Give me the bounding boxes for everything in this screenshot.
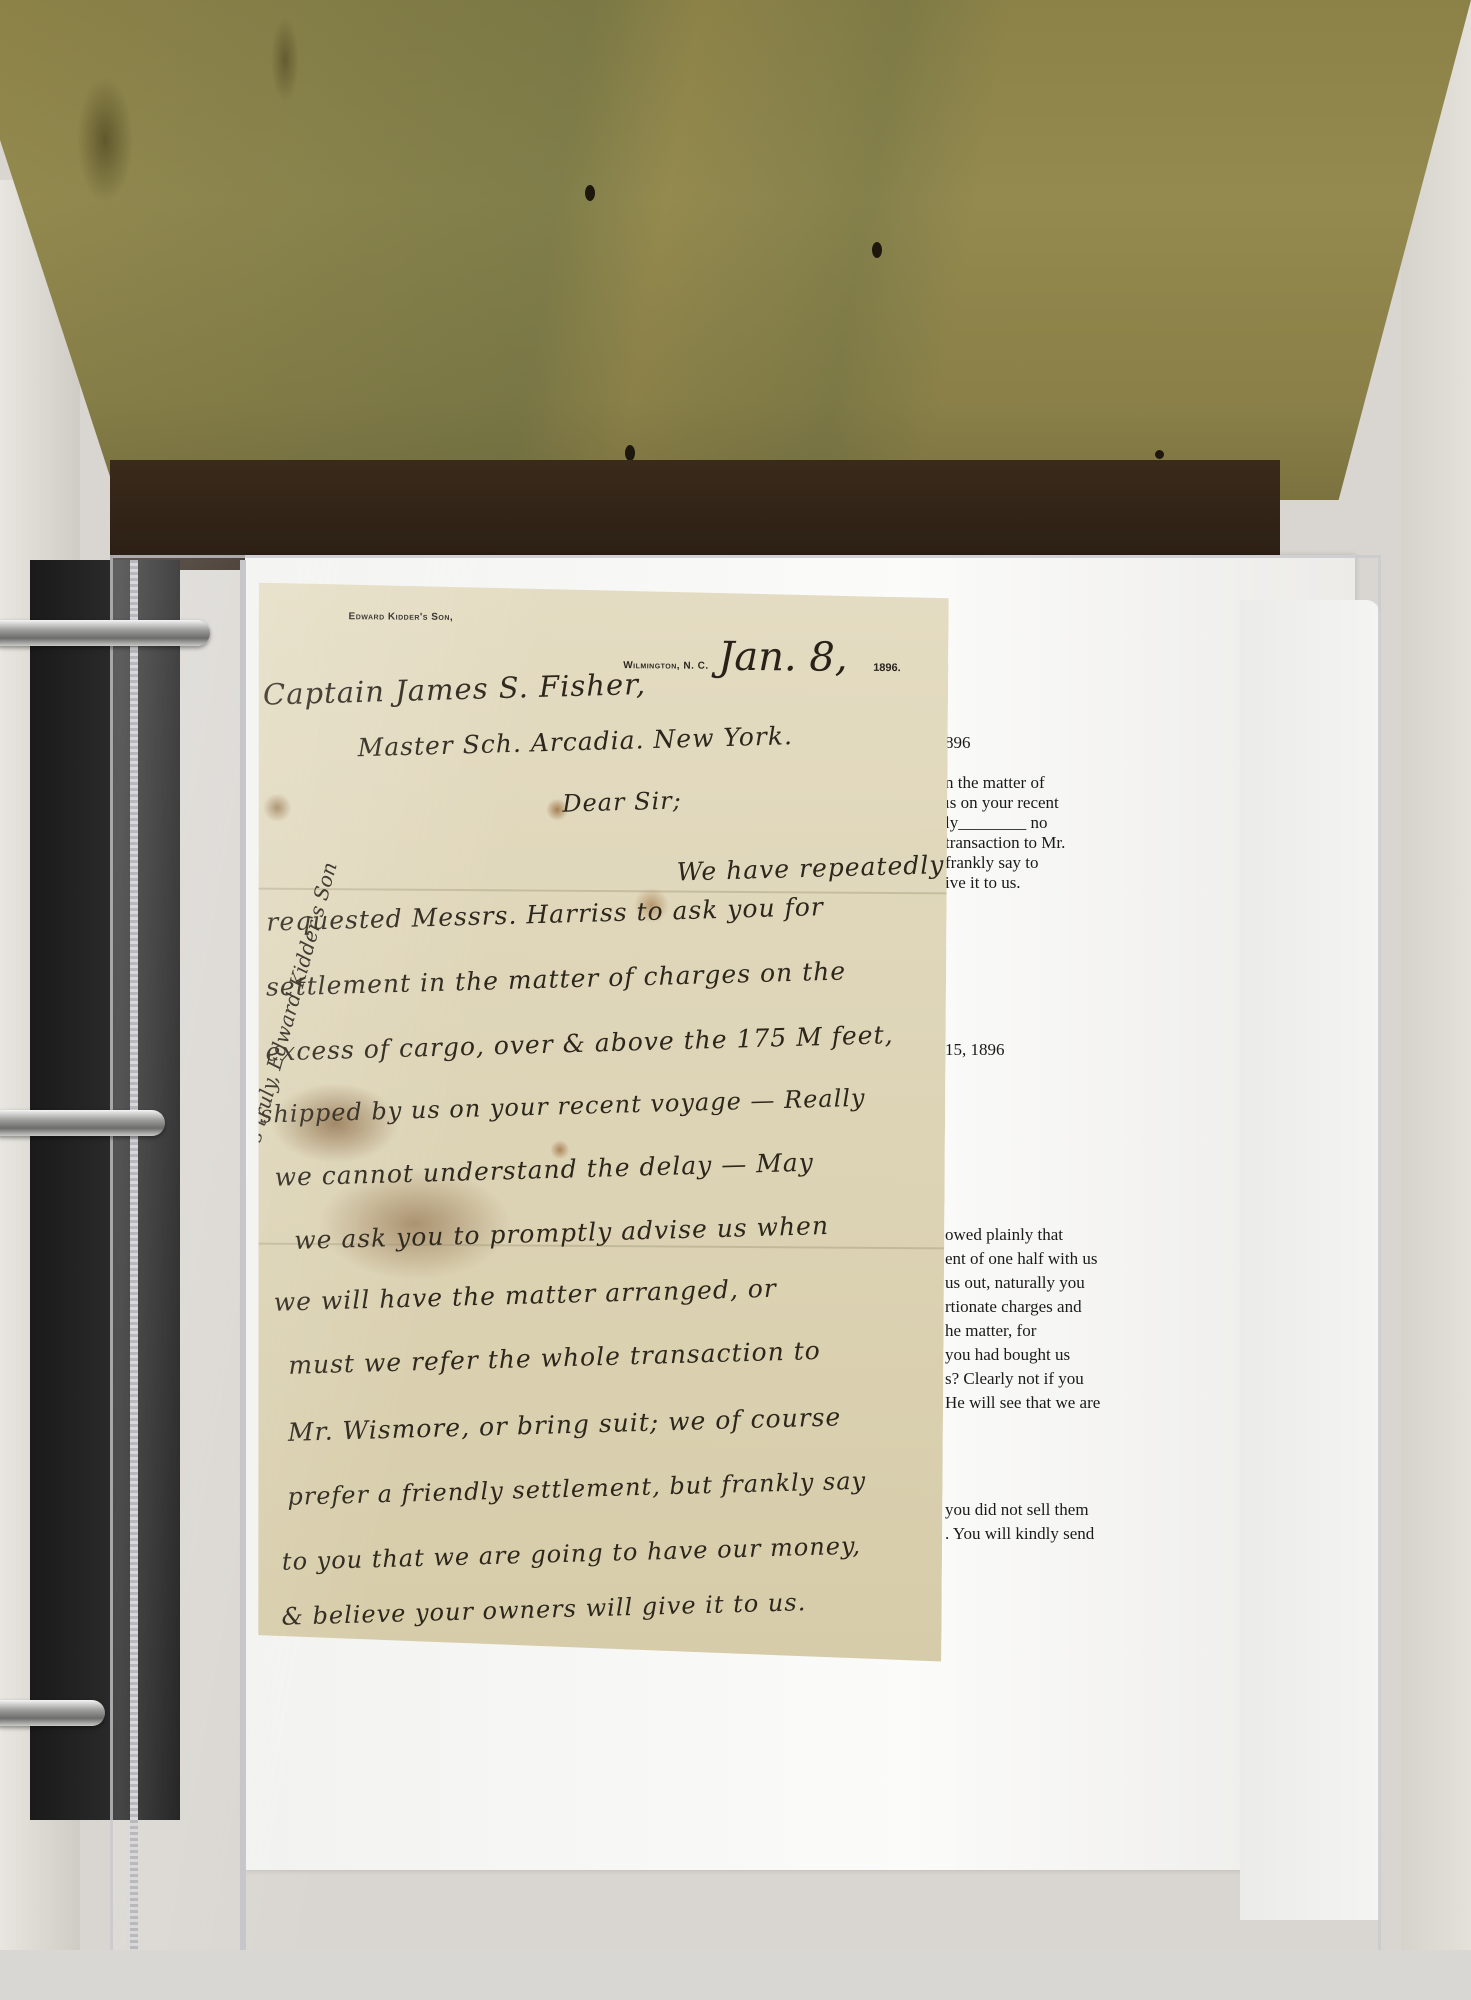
wood-hole [872, 242, 882, 258]
sheet-protector-edge [130, 560, 138, 1960]
plastic-sheet-protector [110, 555, 1381, 1956]
table-surface [0, 1950, 1471, 2000]
wood-hole [1155, 450, 1164, 459]
wood-hole [585, 185, 595, 201]
sheet-protector-edge [240, 560, 246, 1960]
binder-ring-middle [0, 1110, 165, 1136]
background-wall-right [1401, 0, 1471, 2000]
wooden-box-lid [0, 0, 1471, 500]
binder-ring-top [0, 620, 210, 646]
wood-hole [625, 445, 635, 461]
wooden-box-rim [110, 460, 1280, 570]
binder-ring-bottom [0, 1700, 105, 1726]
